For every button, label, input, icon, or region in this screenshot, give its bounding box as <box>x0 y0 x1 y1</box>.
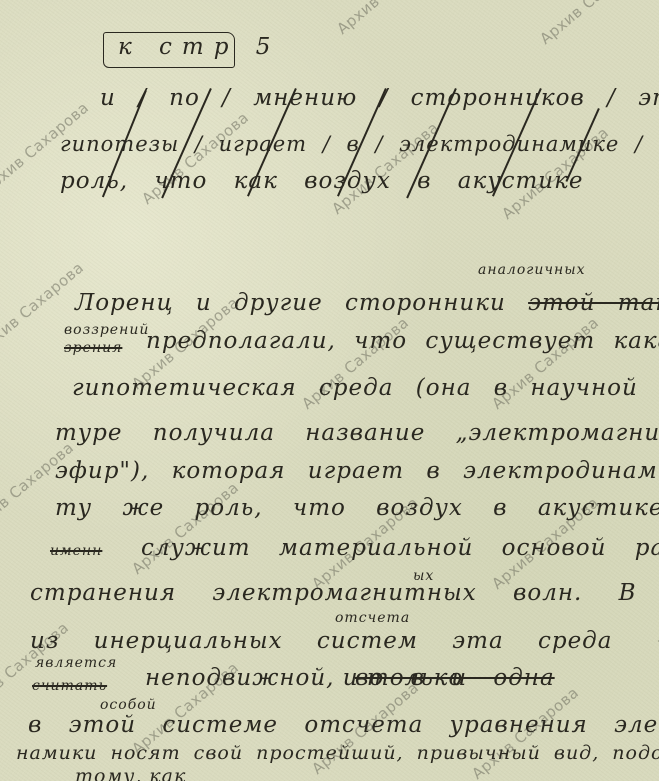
p2-line-3: гипотетическая среда (она в научной лите… <box>72 375 659 401</box>
p2-line-7-text: служит материальной основой распро- <box>141 535 659 561</box>
margin-struck-view: зрения <box>64 340 122 356</box>
struck-text: этой также <box>528 290 659 316</box>
p2-line-6: ту же роль, что воздух в акустике, т.е. <box>55 495 659 521</box>
manuscript-page: Архив Сахарова Архив Сахарова Архив Саха… <box>0 0 659 781</box>
margin-insert-views: воззрений <box>64 322 149 338</box>
watermark: Архив Сахарова <box>0 438 77 538</box>
margin-struck-consider: считать <box>32 678 107 694</box>
p2-line-12: намики носят свой простейший, привычный … <box>16 742 659 764</box>
p2-line-8: странения электромагнитных волн. В одной <box>30 580 659 606</box>
struck-text: во в и одна <box>355 665 555 691</box>
margin-insert-is: является <box>35 655 117 671</box>
p2-line-11: в этой системе отсчета уравнения электро… <box>28 712 659 738</box>
p2-line-9: из инерциальных систем эта среда можно <box>30 628 659 654</box>
p2-line-5: эфир"), которая играет в электродинамике <box>55 458 659 484</box>
p2-line-1: Лоренц и другие сторонники этой также <box>75 290 659 316</box>
p2-line-9-text: из инерциальных систем эта среда <box>30 628 612 654</box>
page-reference: к стр 5 <box>118 34 280 60</box>
watermark: Архив Сахарова <box>333 0 447 38</box>
insertion-analogous: аналогичных <box>478 262 586 278</box>
p2-line-4: туре получила название „электромагнитный <box>55 420 659 446</box>
insertion-reference: отсчета <box>335 610 410 626</box>
p2-line-2: предполагали, что существует какая-то <box>146 328 659 354</box>
p1-line-3: роль, что как воздух в акустике <box>60 168 583 194</box>
p2-line-7: именн служит материальной основой распро… <box>50 535 659 561</box>
struck-text: именн <box>50 543 102 559</box>
watermark: Архив Сахарова <box>128 478 242 578</box>
p2-line-1-text: Лоренц и другие сторонники <box>75 290 506 316</box>
watermark: Архив Сахарова <box>536 0 650 48</box>
p2-line-13: тому, как <box>75 765 186 781</box>
insertion-special: особой <box>100 697 157 713</box>
